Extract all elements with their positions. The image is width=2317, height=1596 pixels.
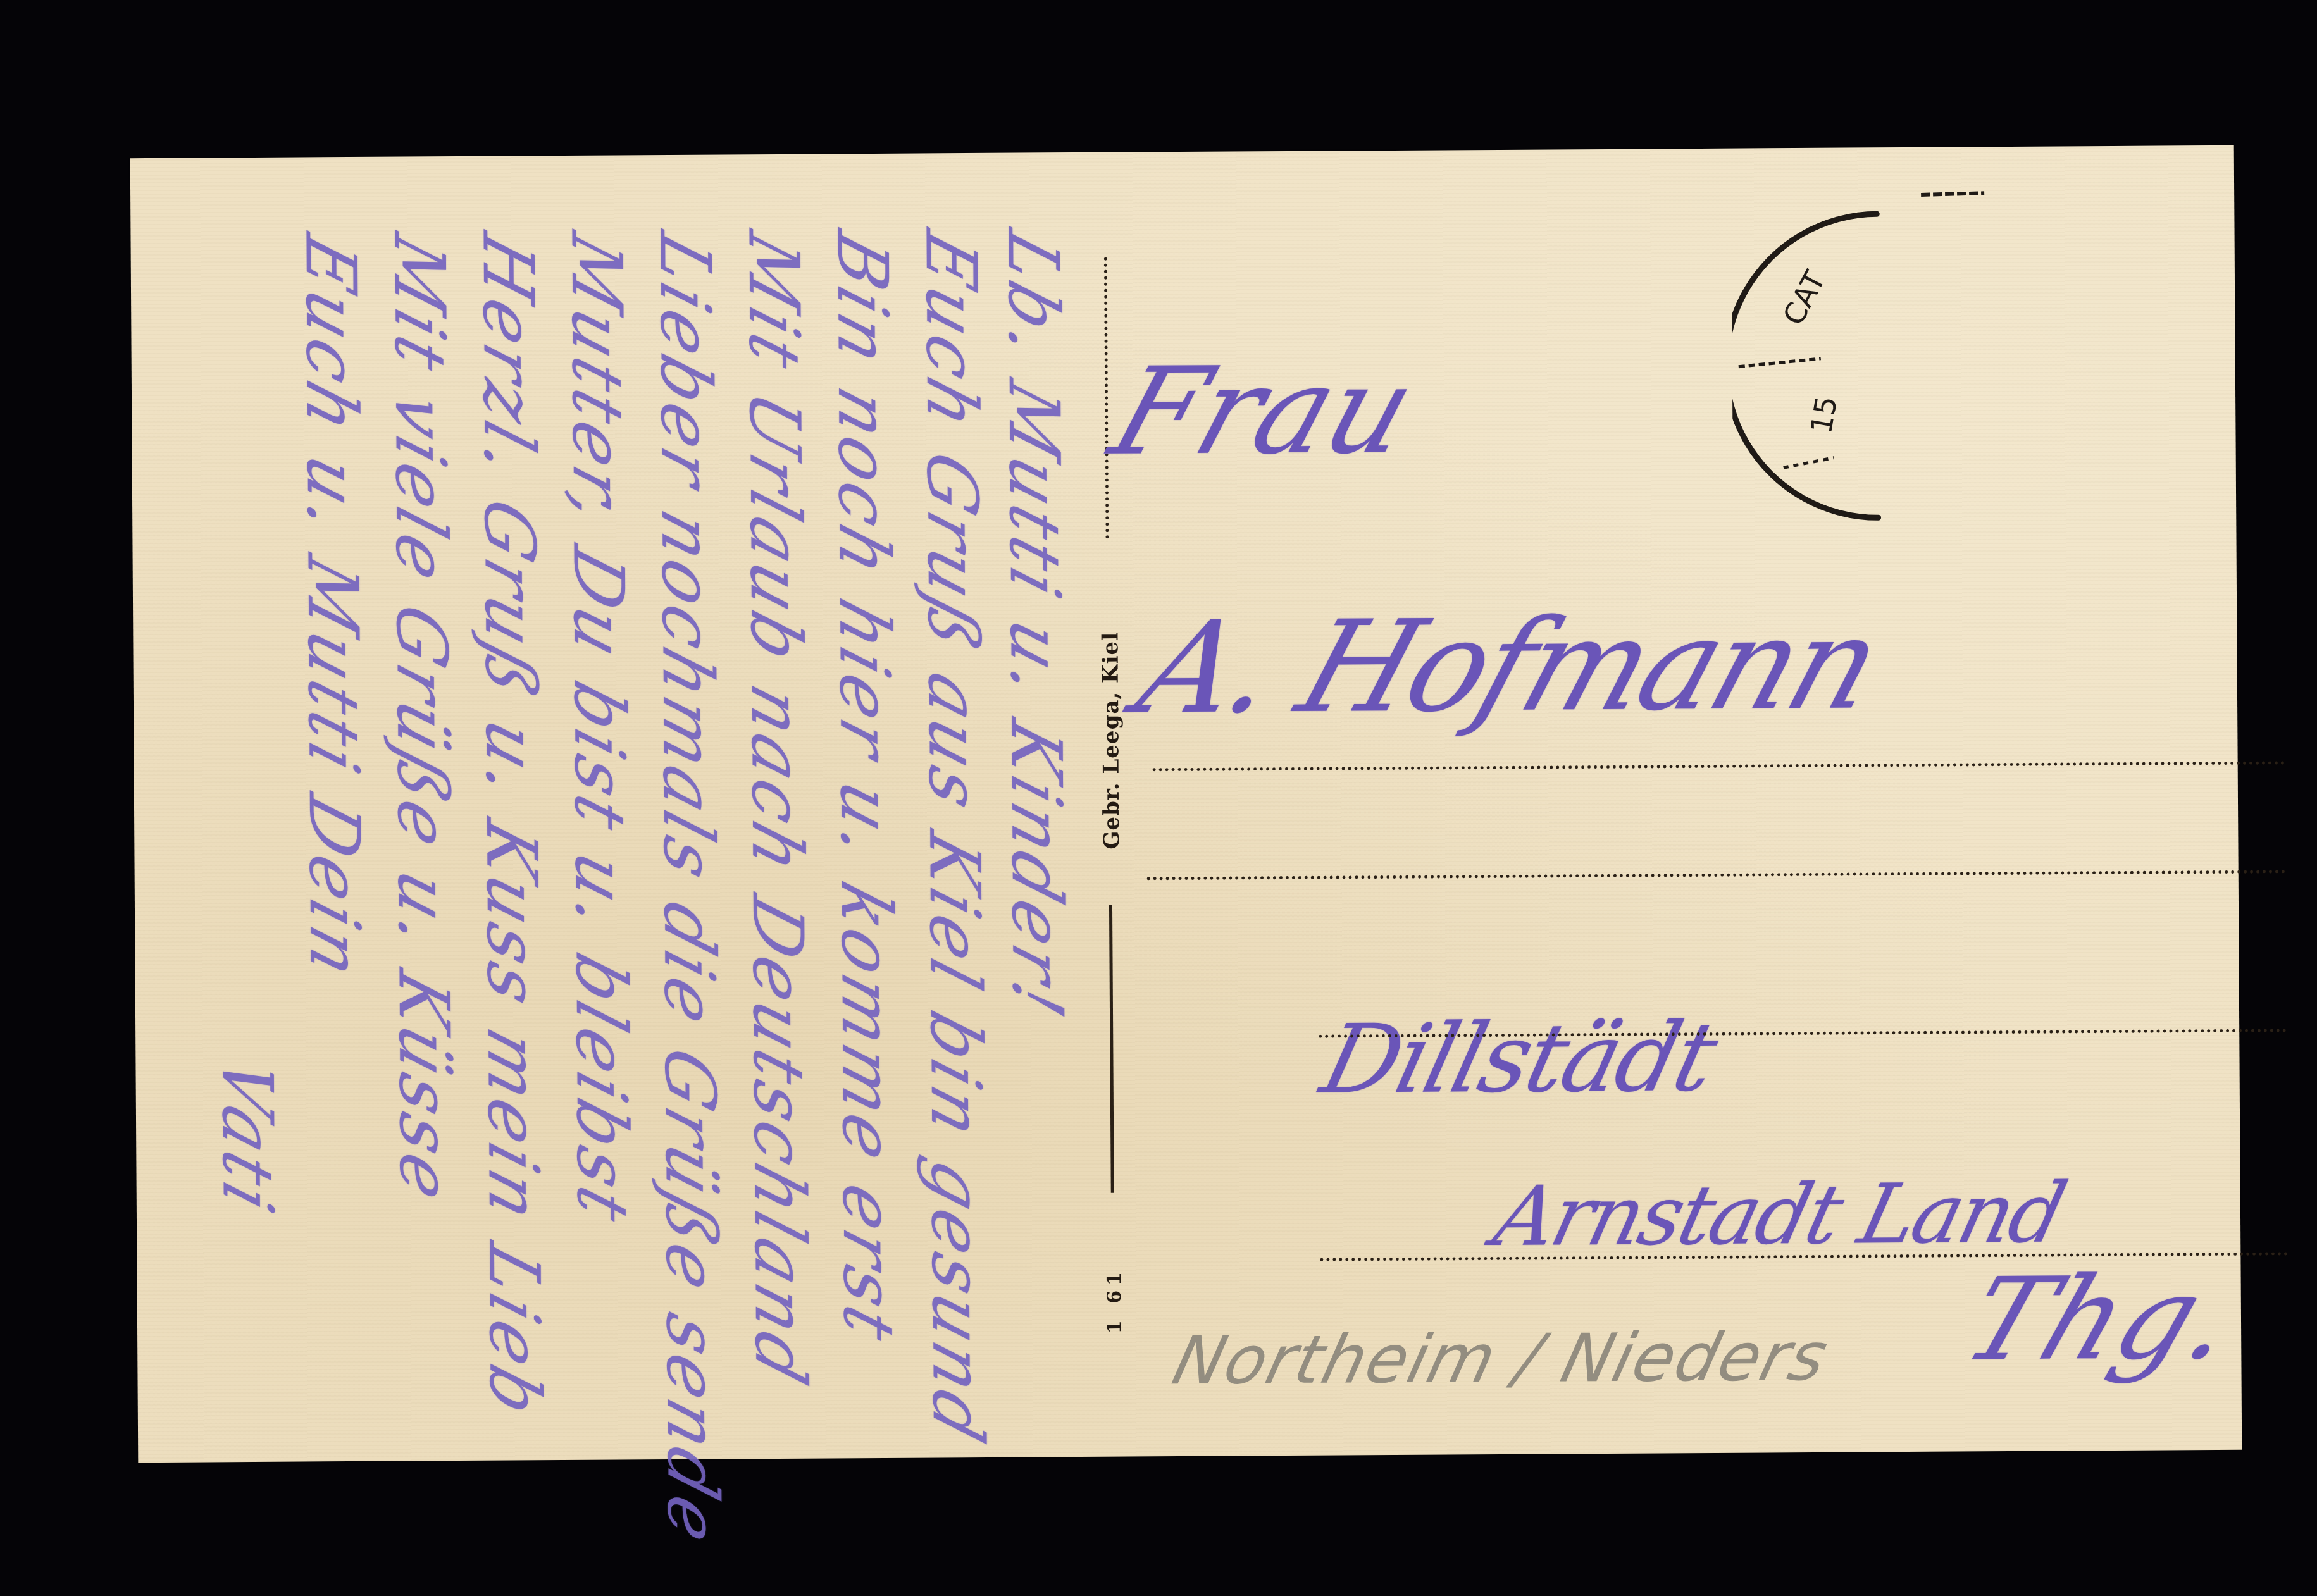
pencil-annotation: Northeim / Nieders [1166,1318,1836,1399]
message-line: Lieber nochmals die Grüße sende [644,224,733,1557]
publisher-imprint: Gebr. Leega, Kiel [1098,632,1124,850]
message-line: Mit Urlaub nach Deutschland [733,223,821,1397]
address-town: Dillstädt [1312,1003,1725,1115]
message-line: Euch u. Mutti Dein [290,226,375,991]
message-line: Mit viele Grüße u. Küsse [378,225,466,1215]
postcard: Lb. Mutti u. Kinder! Euch Gruß aus Kiel … [130,145,2242,1463]
postmark: CAT 15 [1731,187,2087,543]
divider-dotted [1104,257,1109,539]
address-district: Arnstadt Land [1486,1165,2073,1265]
postmark-circle-icon [1731,187,2087,543]
message-line: Herzl. Gruß u. Kuss mein Lieb [467,225,556,1430]
postmark-date: 15 [1804,393,1844,436]
message-signature: Vati [206,1049,289,1225]
address-line [1153,761,2285,771]
address-region: Thg. [1949,1253,2254,1387]
handwritten-message: Lb. Mutti u. Kinder! Euch Gruß aus Kiel … [156,247,1087,1430]
address-line [1147,870,2286,880]
address-salutation: Frau [1096,340,1431,482]
divider-solid [1109,905,1114,1193]
print-code: 1 61 [1103,1267,1126,1333]
message-line: Lb. Mutti u. Kinder! [992,221,1078,1030]
message-line: Bin noch hier u. komme erst [821,223,909,1354]
message-line: Euch Gruß aus Kiel bin gesund [910,222,998,1455]
message-line: Mutter, Du bist u. bleibst [556,224,643,1234]
address-name: A. Hofmann [1122,590,1895,742]
